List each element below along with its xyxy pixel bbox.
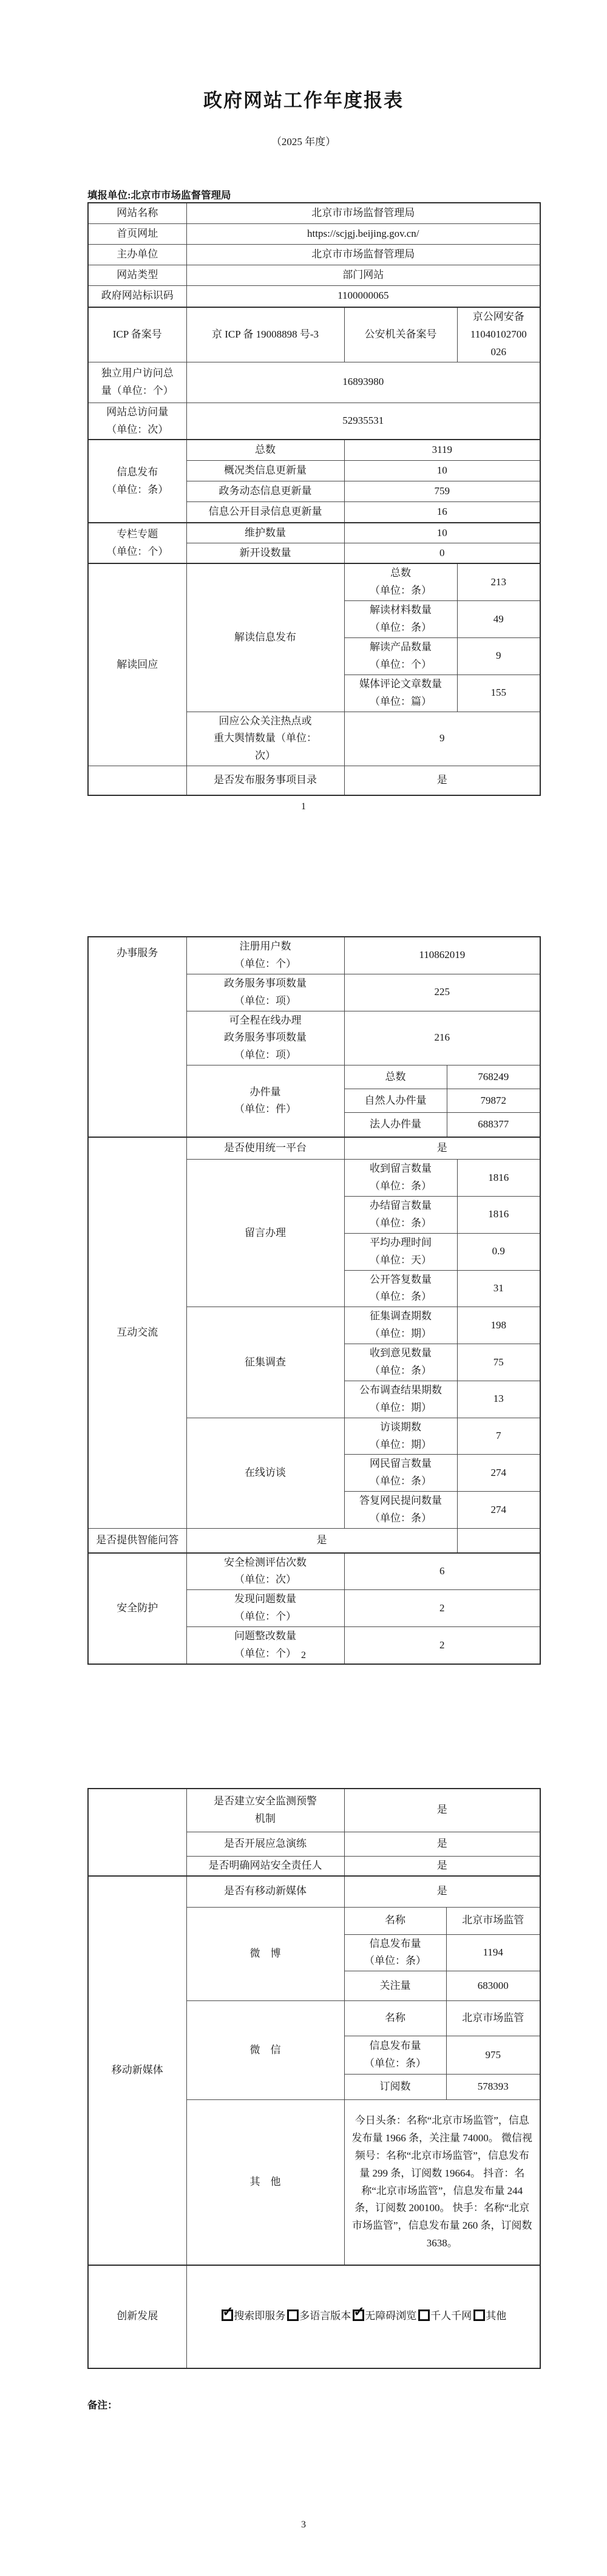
cell-info-pub-overview-value: 10 [344,460,540,481]
checkbox-label-multilingual: 多语言版本 [299,2310,351,2322]
page-subtitle: （2025 年度） [0,133,607,148]
cell-msg-done-label: 办结留言数量 （单位：条） [344,1197,457,1234]
cell-site-name-value: 北京市市场监督管理局 [186,203,540,223]
cell-platform-label: 是否使用统一平台 [186,1137,344,1160]
page-number-1: 1 [0,801,607,812]
cell-msg-public-label: 公开答复数量 （单位：条） [344,1270,457,1307]
cell-volume-person-label: 自然人办件量 [344,1089,447,1113]
cell-service-items-value: 225 [344,974,540,1011]
cell-empty-section [88,766,186,795]
cell-interview-reply-value: 274 [457,1492,540,1529]
cell-interpret-total-value: 213 [457,563,540,600]
cell-survey-count-label: 征集调查期数 （单位：期） [344,1307,457,1344]
cell-volume-legal-label: 法人办件量 [344,1113,447,1137]
cell-interview-msg-label: 网民留言数量 （单位：条） [344,1455,457,1492]
cell-interpret-media-value: 155 [457,675,540,712]
cell-other-media-value: 今日头条：名称“北京市场监管”，信息发布量 1966 条，关注量 74000。 … [344,2100,540,2265]
cell-interpret-product-value: 9 [457,638,540,675]
cell-warn-value: 是 [344,1789,540,1832]
cell-msg-public-value: 31 [457,1270,540,1307]
cell-info-pub-news-value: 759 [344,481,540,501]
cell-site-code-value: 1100000065 [186,285,540,307]
report-document: 政府网站工作年度报表 （2025 年度） 填报单位:北京市市场监督管理局 网站名… [0,0,607,2576]
cell-wechat-subs-value: 578393 [446,2075,540,2100]
cell-sponsor-value: 北京市市场监督管理局 [186,244,540,265]
cell-info-pub-overview-label: 概况类信息更新量 [186,460,344,481]
cell-site-code-label: 政府网站标识码 [88,285,186,307]
cell-volume-total-value: 768249 [447,1065,540,1089]
cell-total-visits-label: 网站总访问量 （单位：次） [88,403,186,440]
cell-interpret-material-value: 49 [457,601,540,638]
cell-sponsor-label: 主办单位 [88,244,186,265]
cell-wechat-name-label: 名称 [344,2001,446,2036]
report-table-page2: 办事服务 注册用户数 （单位：个） 110862019 政务服务事项数量 （单位… [87,936,541,1665]
cell-interview-reply-label: 答复网民提问数量 （单位：条） [344,1492,457,1529]
cell-interpret-material-label: 解读材料数量 （单位：条） [344,601,457,638]
cell-interact-section: 互动交流 [88,1137,186,1529]
report-table-page3: 是否建立安全监测预警 机制 是 是否开展应急演练 是 是否明确网站安全责任人 是… [87,1788,541,2369]
cell-security-section: 安全防护 [88,1553,186,1664]
page-title: 政府网站工作年度报表 [0,85,607,112]
cell-interpret-product-label: 解读产品数量 （单位：个） [344,638,457,675]
cell-home-url-value: https://scjgj.beijing.gov.cn/ [186,223,540,244]
remarks-label: 备注： [87,2397,118,2411]
checkbox-accessibility [353,2309,364,2321]
cell-sec-found-label: 发现问题数量 （单位：个） [186,1590,344,1627]
cell-police-value: 京公网安备 11040102700 026 [457,307,540,362]
cell-info-pub-news-label: 政务动态信息更新量 [186,481,344,501]
checkbox-personalized [418,2309,430,2321]
cell-wechat-pub-label: 信息发布量 （单位：条） [344,2036,446,2075]
cell-home-url-label: 首页网址 [88,223,186,244]
cell-weibo-pub-label: 信息发布量 （单位：条） [344,1934,446,1971]
cell-info-pub-section: 信息发布 （单位：条） [88,440,186,523]
cell-msg-section: 留言办理 [186,1160,344,1307]
cell-online-items-label: 可全程在线办理 政务服务事项数量 （单位：项） [186,1011,344,1065]
cell-police-label: 公安机关备案号 [344,307,457,362]
cell-interview-count-value: 7 [457,1418,540,1455]
cell-owner-label: 是否明确网站安全责任人 [186,1856,344,1876]
cell-sec-found-value: 2 [344,1590,540,1627]
cell-info-pub-catalog-label: 信息公开目录信息更新量 [186,501,344,523]
checkbox-label-other: 其他 [486,2310,506,2322]
cell-sec-assess-label: 安全检测评估次数 （单位：次） [186,1553,344,1590]
cell-weibo-followers-label: 关注量 [344,1971,446,2001]
cell-online-items-value: 216 [344,1011,540,1065]
cell-owner-value: 是 [344,1856,540,1876]
cell-msg-time-value: 0.9 [457,1233,540,1270]
cell-special-maintained-label: 维护数量 [186,523,344,543]
cell-security-cont-section [88,1789,186,1876]
report-table-page1: 网站名称 北京市市场监督管理局 首页网址 https://scjgj.beiji… [87,202,541,796]
cell-interpret-total-label: 总数 （单位：条） [344,563,457,600]
page-number-2: 2 [0,1650,607,1661]
cell-icp-value: 京 ICP 备 19008898 号-3 [186,307,344,362]
cell-volume-section: 办件量 （单位：件） [186,1065,344,1137]
cell-service-items-label: 政务服务事项数量 （单位：项） [186,974,344,1011]
cell-wechat-subs-label: 订阅数 [344,2075,446,2100]
cell-special-new-label: 新开设数量 [186,543,344,563]
cell-warn-label: 是否建立安全监测预警 机制 [186,1789,344,1832]
cell-reg-users-value: 110862019 [344,937,540,974]
cell-special-new-value: 0 [344,543,540,563]
cell-qa-label: 是否提供智能问答 [88,1529,186,1553]
cell-interview-msg-value: 274 [457,1455,540,1492]
cell-unique-visitors-label: 独立用户访问总 量（单位：个） [88,362,186,403]
cell-survey-result-label: 公布调查结果期数 （单位：期） [344,1381,457,1418]
cell-interpret-media-label: 媒体评论文章数量 （单位：篇） [344,675,457,712]
cell-reg-users-label: 注册用户数 （单位：个） [186,937,344,974]
cell-survey-opinion-label: 收到意见数量 （单位：条） [344,1344,457,1381]
cell-info-pub-total-value: 3119 [344,440,540,460]
cell-sec-assess-value: 6 [344,1553,540,1590]
cell-msg-time-label: 平均办理时间 （单位：天） [344,1233,457,1270]
cell-wechat-section: 微 信 [186,2001,344,2100]
cell-volume-legal-value: 688377 [447,1113,540,1137]
cell-innovation-label: 创新发展 [88,2265,186,2368]
cell-weibo-pub-value: 1194 [446,1934,540,1971]
cell-has-mobile-value: 是 [344,1876,540,1907]
innovation-options: 搜索即服务多语言版本无障碍浏览千人千网其他 [186,2265,540,2368]
checkbox-multilingual [287,2309,299,2321]
cell-wechat-pub-value: 975 [446,2036,540,2075]
cell-weibo-name-label: 名称 [344,1907,446,1934]
cell-interview-section: 在线访谈 [186,1418,344,1528]
cell-wechat-name-value: 北京市场监管 [446,2001,540,2036]
checkbox-label-search-as-service: 搜索即服务 [234,2310,285,2322]
cell-special-maintained-value: 10 [344,523,540,543]
cell-survey-result-value: 13 [457,1381,540,1418]
cell-site-type-value: 部门网站 [186,265,540,285]
cell-msg-received-value: 1816 [457,1160,540,1197]
cell-interpret-section: 解读回应 [88,563,186,766]
cell-survey-count-value: 198 [457,1307,540,1344]
cell-respond-label: 回应公众关注热点或 重大舆情数量（单位： 次） [186,712,344,766]
checkbox-search-as-service [222,2309,233,2321]
cell-other-media-label: 其 他 [186,2100,344,2265]
cell-site-name-label: 网站名称 [88,203,186,223]
cell-interview-count-label: 访谈期数 （单位：期） [344,1418,457,1455]
cell-msg-received-label: 收到留言数量 （单位：条） [344,1160,457,1197]
checkbox-label-personalized: 千人千网 [430,2310,472,2322]
cell-respond-value: 9 [344,712,540,766]
cell-weibo-name-value: 北京市场监管 [446,1907,540,1934]
cell-qa-value: 是 [186,1529,457,1553]
cell-special-section: 专栏专题 （单位：个） [88,523,186,563]
cell-survey-opinion-value: 75 [457,1344,540,1381]
cell-drill-label: 是否开展应急演练 [186,1832,344,1856]
cell-mobile-section: 移动新媒体 [88,1876,186,2265]
preparer-line: 填报单位:北京市市场监督管理局 [87,187,231,202]
cell-has-mobile-label: 是否有移动新媒体 [186,1876,344,1907]
cell-service-section: 办事服务 [88,937,186,1137]
cell-drill-value: 是 [344,1832,540,1856]
page-number-3: 3 [0,2520,607,2530]
cell-service-dir-value: 是 [344,766,540,795]
cell-msg-done-value: 1816 [457,1197,540,1234]
cell-weibo-section: 微 博 [186,1907,344,2001]
cell-volume-person-value: 79872 [447,1089,540,1113]
cell-survey-section: 征集调查 [186,1307,344,1418]
cell-weibo-followers-value: 683000 [446,1971,540,2001]
cell-icp-label: ICP 备案号 [88,307,186,362]
cell-platform-value: 是 [344,1137,540,1160]
cell-info-pub-total-label: 总数 [186,440,344,460]
cell-info-pub-catalog-value: 16 [344,501,540,523]
cell-interpret-pub-section: 解读信息发布 [186,563,344,712]
cell-total-visits-value: 52935531 [186,403,540,440]
checkbox-label-accessibility: 无障碍浏览 [365,2310,416,2322]
cell-volume-total-label: 总数 [344,1065,447,1089]
cell-site-type-label: 网站类型 [88,265,186,285]
checkbox-other [473,2309,485,2321]
cell-service-dir-label: 是否发布服务事项目录 [186,766,344,795]
cell-unique-visitors-value: 16893980 [186,362,540,403]
